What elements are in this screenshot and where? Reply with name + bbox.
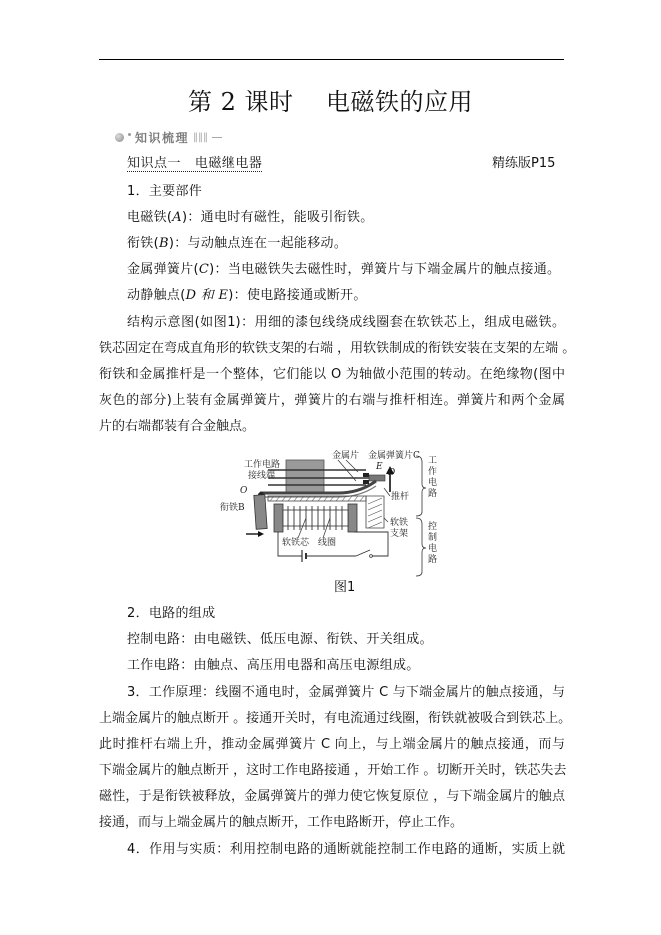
component-name: 动静触点 — [127, 288, 180, 303]
component-item: 动静触点(D 和 E)：使电路接通或断开。 — [127, 284, 367, 303]
component-desc: ：与动触点连在一起能移动。 — [174, 236, 347, 251]
component-name: 电磁铁 — [127, 210, 167, 225]
structure-paragraph-line: 片的右端都装有合金触点。 — [99, 415, 565, 434]
label-control-circuit: 控制电路 — [428, 522, 438, 566]
working-principle-line: 此时推杆右端上升，推动金属弹簧片 C 向上，与上端金属片的触点接通，而与 — [99, 733, 565, 752]
structure-paragraph-line: 衔铁和金属推杆是一个整体，它们能以 O 为轴做小范围的转动。在绝缘物(图中 — [99, 363, 565, 382]
component-symbol: B — [159, 236, 169, 251]
working-principle-line: 上端金属片的触点断开 。接通开关时，有电流通过线圈，衔铁就被吸合到铁芯上。 — [99, 707, 565, 726]
figure-caption: 图1 — [334, 576, 355, 595]
structure-paragraph-line: 结构示意图(如图1)：用细的漆包线绕成线圈套在软铁芯上，组成电磁铁。 — [127, 311, 565, 330]
banner-bullet-icon — [115, 133, 124, 142]
part2-heading: 2．电路的组成 — [127, 602, 215, 621]
label-bracket-2: 支架 — [390, 529, 408, 539]
header-rule — [99, 59, 564, 60]
label-soft-iron-core: 软铁芯 — [282, 538, 309, 548]
component-desc: ：使电路接通或断开。 — [234, 288, 367, 303]
label-coil: 线圈 — [318, 538, 336, 548]
label-contact-d: D — [388, 468, 395, 478]
working-principle-line: 接通，而与上端金属片的触点断开，工作电路断开，停止工作。 — [99, 811, 565, 830]
circuit-composition-line: 控制电路：由电磁铁、低压电源、衔铁、开关组成。 — [127, 628, 433, 647]
component-desc: ：通电时有磁性，能吸引衔铁。 — [187, 210, 373, 225]
label-work-circuit: 工作电路 — [428, 456, 438, 500]
working-principle-line: 下端金属片的触点断开 ，这时工作电路接通 ，开始工作 。切断开关时，铁芯失去 — [99, 759, 565, 778]
section-banner-label: 知识梳理 — [135, 129, 189, 146]
label-bracket: 软铁 — [390, 518, 408, 528]
part1-heading: 1．主要部件 — [127, 180, 202, 199]
working-principle-line: 磁性，于是衔铁被释放，金属弹簧片的弹力使它恢复原位 ，与下端金属片的触点 — [99, 785, 565, 804]
section-banner: 知识梳理 ‖‖‖ — [115, 128, 222, 146]
label-spring-c: 金属弹簧片C — [368, 451, 420, 461]
label-armature-b: 衔铁B — [220, 503, 245, 513]
component-desc: ：当电磁铁失去磁性时，弹簧片与下端金属片的触点接通。 — [215, 262, 561, 277]
label-push-rod: 推杆 — [391, 492, 409, 502]
label-work-terminal: 工作电路 — [244, 460, 280, 470]
function-essence-line: 4．作用与实质：利用控制电路的通断就能控制工作电路的通断，实质上就 — [127, 838, 565, 857]
banner-line-icon — [212, 137, 222, 138]
label-pivot-o: O — [240, 486, 247, 496]
label-work-terminal-2: 接线端 — [248, 471, 275, 481]
banner-small-dot-icon — [128, 133, 131, 136]
working-principle-line: 3．工作原理：线圈不通电时，金属弹簧片 C 与下端金属片的触点接通，与 — [127, 681, 565, 700]
component-name: 衔铁 — [127, 236, 154, 251]
component-name: 金属弹簧片 — [127, 262, 194, 277]
label-metal-sheet: 金属片 — [332, 451, 359, 461]
component-item: 电磁铁(A)：通电时有磁性，能吸引衔铁。 — [127, 206, 374, 225]
component-symbol: C — [199, 262, 209, 277]
page-title: 第 2 课时 电磁铁的应用 — [0, 82, 661, 117]
practice-reference: 精练版P15 — [492, 152, 555, 171]
component-item: 金属弹簧片(C)：当电磁铁失去磁性时，弹簧片与下端金属片的触点接通。 — [127, 258, 560, 277]
circuit-composition-line: 工作电路：由触点、高压用电器和高压电源组成。 — [127, 654, 420, 673]
structure-paragraph-line: 灰色的部分)上装有金属弹簧片，弹簧片的右端与推杆相连。弹簧片和两个金属 — [99, 389, 565, 408]
banner-bars-icon: ‖‖‖ — [193, 132, 208, 143]
component-symbol: D 和 E — [186, 288, 229, 303]
structure-paragraph-line: 铁芯固定在弯成直角形的软铁支架的右端 ，用软铁制成的衔铁安装在支架的左端 。 — [99, 337, 565, 356]
component-symbol: A — [172, 210, 182, 225]
knowledge-point-heading: 知识点一 电磁继电器 — [127, 152, 262, 172]
label-contact-e: E — [376, 462, 383, 472]
component-item: 衔铁(B)：与动触点连在一起能移动。 — [127, 232, 347, 251]
relay-diagram: 工作电路 接线端 金属片 金属弹簧片C E D O 衔铁B 推杆 软铁 支架 软… — [238, 448, 443, 578]
